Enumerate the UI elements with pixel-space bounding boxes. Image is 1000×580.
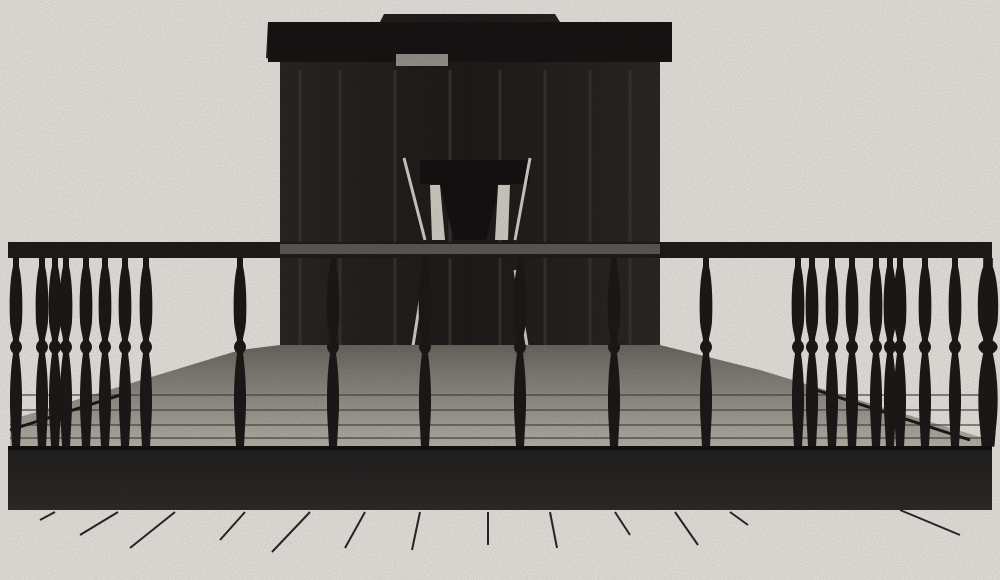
pulpit-scene: [0, 0, 1000, 580]
film-grain: [0, 0, 1000, 580]
